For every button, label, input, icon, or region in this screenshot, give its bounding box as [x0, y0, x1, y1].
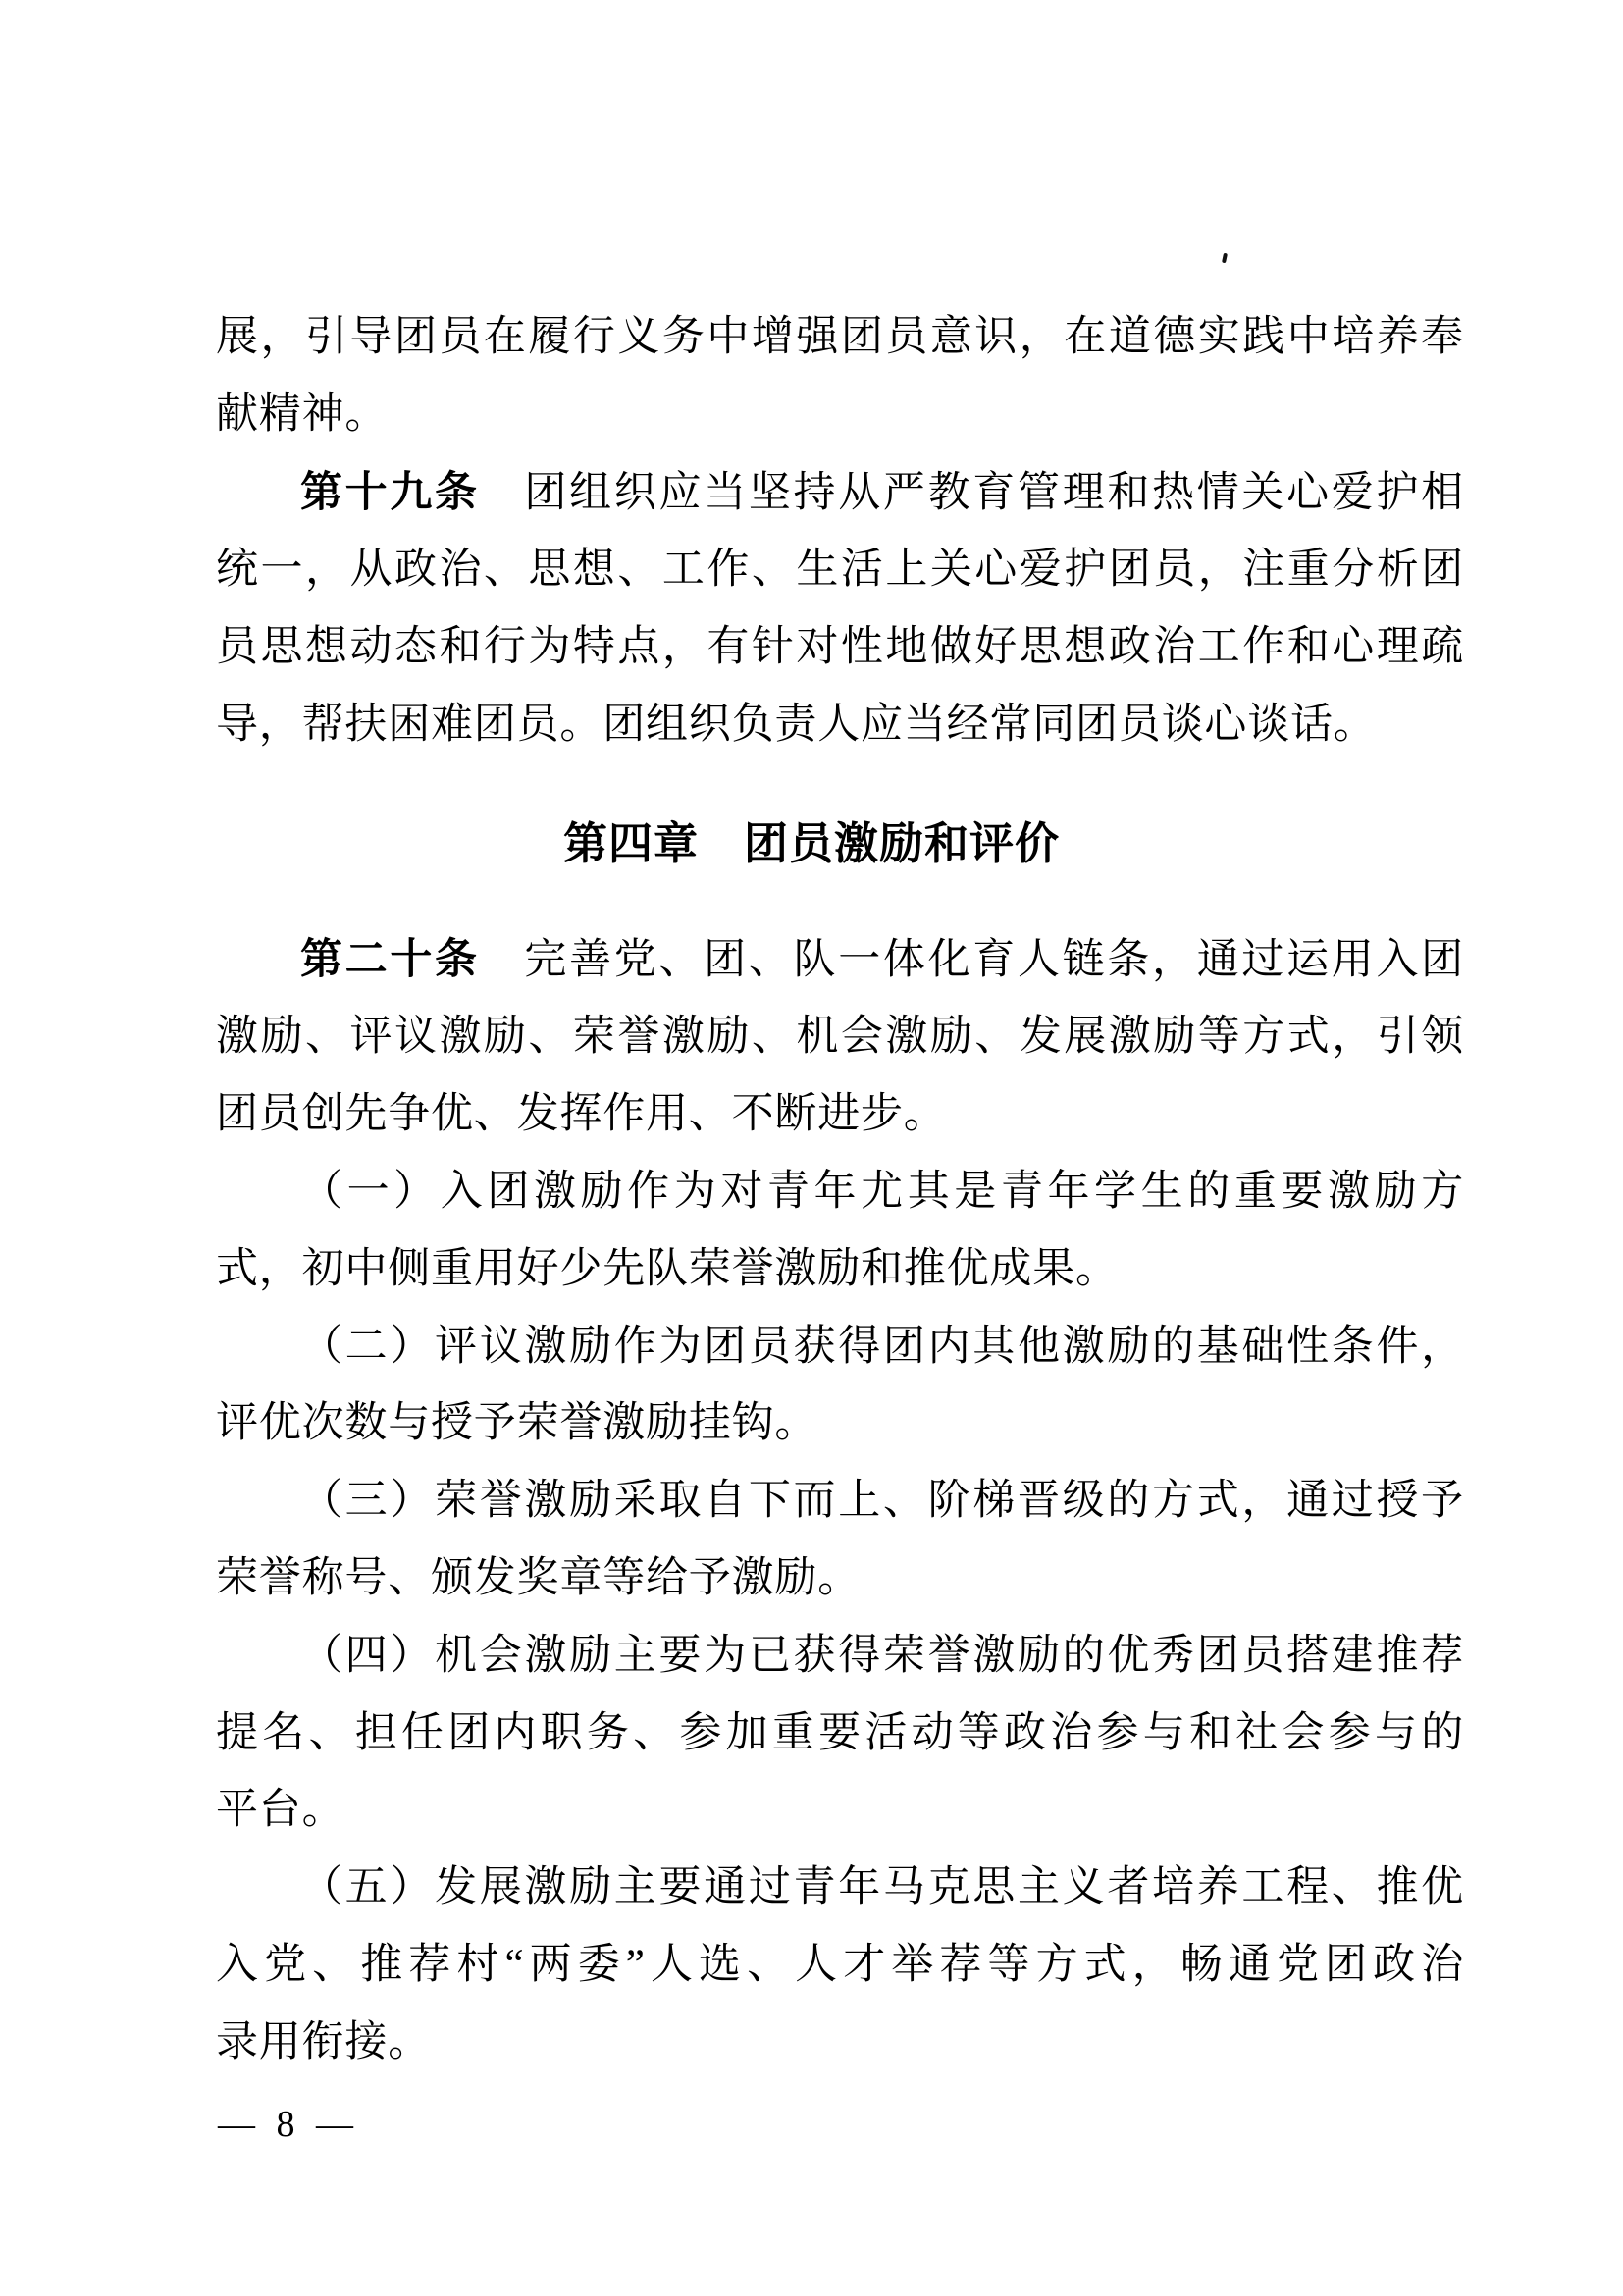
chapter-heading: 第四章 团员激励和评价 [0, 806, 1623, 883]
body-text: 展，引导团员在履行义务中增强团员意识，在道德实践中培养奉 献精神。 第十九条 团… [216, 299, 1464, 2082]
scan-artifact-dot [1222, 253, 1228, 264]
article-number-20: 第二十条 [300, 936, 480, 983]
text-line: 团员创先争优、发挥作用、不断进步。 [216, 1076, 1464, 1154]
line-text: 团组织应当坚持从严教育管理和热情关心爱护相 [480, 470, 1464, 516]
text-line: 第二十条 完善党、团、队一体化育人链条，通过运用入团 [216, 921, 1464, 1000]
text-line: （一）入团激励作为对青年尤其是青年学生的重要激励方 [216, 1154, 1464, 1231]
text-line: 式，初中侧重用好少先队荣誉激励和推优成果。 [216, 1231, 1464, 1309]
article-number-19: 第十九条 [300, 469, 480, 516]
text-line: 提名、担任团内职务、参加重要活动等政治参与和社会参与的 [216, 1696, 1464, 1773]
text-line: （五）发展激励主要通过青年马克思主义者培养工程、推优 [216, 1850, 1464, 1927]
text-line: 统一，从政治、思想、工作、生活上关心爱护团员，注重分析团 [216, 532, 1464, 609]
text-line: （三）荣誉激励采取自下而上、阶梯晋级的方式，通过授予 [216, 1463, 1464, 1540]
text-line: 录用衔接。 [216, 2005, 1464, 2082]
text-line: 导，帮扶困难团员。团组织负责人应当经常同团员谈心谈话。 [216, 687, 1464, 764]
text-line: 入党、推荐村“两委”人选、人才举荐等方式，畅通党团政治 [216, 1927, 1464, 2005]
text-line: （四）机会激励主要为已获得荣誉激励的优秀团员搭建推荐 [216, 1618, 1464, 1696]
text-line: （二）评议激励作为团员获得团内其他激励的基础性条件， [216, 1309, 1464, 1386]
text-line: 评优次数与授予荣誉激励挂钩。 [216, 1385, 1464, 1463]
text-line: 员思想动态和行为特点，有针对性地做好思想政治工作和心理疏 [216, 609, 1464, 687]
text-line: 荣誉称号、颁发奖章等给予激励。 [216, 1540, 1464, 1618]
text-line: 第十九条 团组织应当坚持从严教育管理和热情关心爱护相 [216, 454, 1464, 533]
text-line: 激励、评议激励、荣誉激励、机会激励、发展激励等方式，引领 [216, 999, 1464, 1076]
text-line: 平台。 [216, 1772, 1464, 1850]
document-page: 展，引导团员在履行义务中增强团员意识，在道德实践中培养奉 献精神。 第十九条 团… [0, 0, 1623, 2296]
text-line: 献精神。 [216, 377, 1464, 454]
text-line: 展，引导团员在履行义务中增强团员意识，在道德实践中培养奉 [216, 299, 1464, 377]
page-number: — 8 — [218, 2103, 359, 2146]
line-text: 完善党、团、队一体化育人链条，通过运用入团 [480, 937, 1464, 983]
